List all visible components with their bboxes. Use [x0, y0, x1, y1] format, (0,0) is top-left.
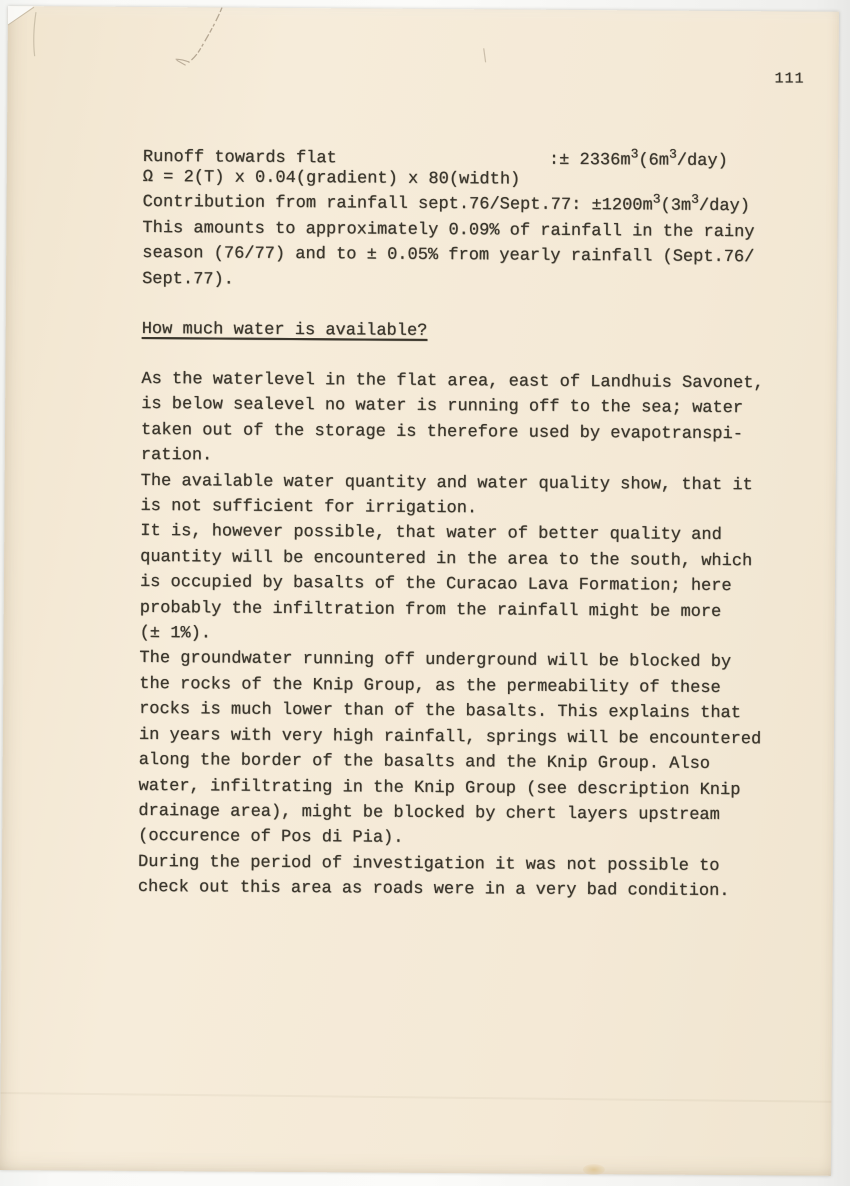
section-heading: How much water is available? [142, 320, 428, 342]
runoff-label: Runoff towards flat [143, 148, 337, 169]
page-number: 111 [774, 69, 804, 89]
discharge-formula-line: Ω = 2(T) x 0.04(gradient) x 80(width) [143, 168, 521, 191]
text-line: rocks is much lower than of the basalts.… [139, 697, 761, 727]
rainfall-contribution-line: Contribution from rainfall sept.76/Sept.… [143, 193, 750, 217]
segment-text: :± 2336m [549, 151, 631, 171]
corner-fold-edge [8, 7, 34, 25]
segment-text: Contribution from rainfall sept.76/Sept.… [143, 193, 653, 216]
small-ink-tick [484, 48, 486, 62]
corner-fold [8, 6, 34, 25]
pencil-mark-hook [176, 59, 190, 65]
superscript-text: 3 [631, 146, 639, 161]
text-line: (occurence of Pos di Pia). [138, 824, 760, 854]
text-line: probably the infiltration from the rainf… [140, 596, 762, 626]
text-line: season (76/77) and to ± 0.05% from yearl… [142, 241, 754, 271]
paper-stain [583, 1164, 605, 1175]
body-paragraphs: As the waterlevel in the flat area, east… [138, 367, 764, 905]
superscript-text: 3 [669, 147, 677, 162]
document-page: 111 Runoff towards flat :± 2336m3(6m3/da… [0, 6, 839, 1176]
runoff-value: :± 2336m3(6m3/day) [549, 151, 728, 172]
text-line: Sept.77). [142, 267, 754, 297]
segment-text: /day) [677, 152, 728, 171]
scan-background: 111 Runoff towards flat :± 2336m3(6m3/da… [0, 0, 850, 1186]
segment-text: (6m [638, 151, 669, 170]
rainfall-percentage-lines: This amounts to approximately 0.09% of r… [142, 216, 755, 296]
segment-text: /day) [699, 197, 750, 216]
text-line: along the border of the basalts and the … [139, 748, 761, 778]
text-line: is occupied by basalts of the Curacao La… [140, 570, 762, 600]
superscript-text: 3 [653, 192, 661, 207]
text-line: taken out of the storage is therefore us… [141, 418, 763, 448]
text-line: check out this area as roads were in a v… [138, 875, 760, 905]
horizontal-crease [0, 1093, 831, 1102]
superscript-text: 3 [691, 192, 699, 207]
corner-crease-line [34, 12, 36, 56]
segment-text: (3m [660, 197, 691, 216]
pencil-mark [189, 7, 222, 62]
